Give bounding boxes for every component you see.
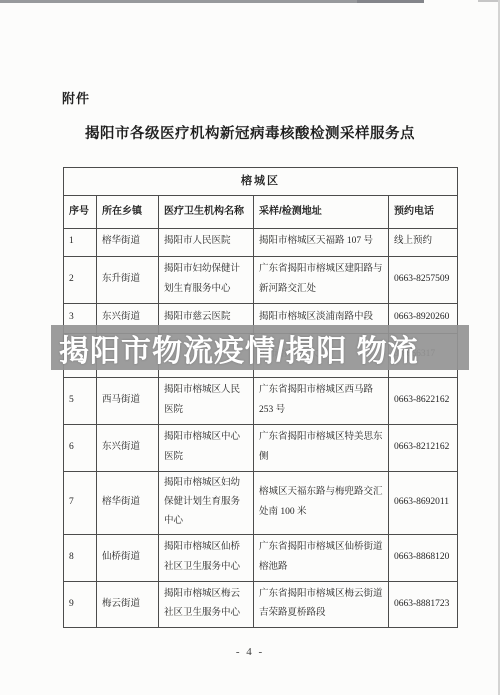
scan-artifact-top-left	[0, 0, 357, 3]
cell-seq: 7	[64, 471, 97, 534]
table-row: 9 梅云街道 揭阳市榕城区梅云社区卫生服务中心 广东省揭阳市榕城区梅云街道吉荣路…	[64, 581, 458, 627]
cell-seq: 5	[64, 377, 97, 424]
table-row: 6 东兴街道 揭阳市榕城区中心医院 广东省揭阳市榕城区特美思东侧 0663-82…	[64, 424, 458, 471]
sampling-points-table: 榕城区 序号 所在乡镇 医疗卫生机构名称 采样/检测地址 预约电话 1 榕华街道…	[63, 167, 458, 628]
col-header-phone: 预约电话	[389, 195, 458, 228]
col-header-address: 采样/检测地址	[254, 195, 389, 228]
table-row: 1 榕华街道 揭阳市人民医院 揭阳市榕城区天福路 107 号 线上预约	[64, 228, 458, 256]
table-row: 2 东升街道 揭阳市妇幼保健计划生育服务中心 广东省揭阳市榕城区建阳路与新河路交…	[64, 256, 458, 303]
cell-phone: 0663-8881723	[389, 581, 458, 627]
cell-phone: 0663-8622162	[389, 377, 458, 424]
cell-phone: 0663-8692011	[389, 471, 458, 534]
cell-seq: 2	[64, 256, 97, 303]
column-header-row: 序号 所在乡镇 医疗卫生机构名称 采样/检测地址 预约电话	[64, 195, 458, 228]
cell-institution: 揭阳市榕城区妇幼保健计划生育服务中心	[159, 471, 254, 534]
cell-institution: 揭阳市妇幼保健计划生育服务中心	[159, 256, 254, 303]
cell-township: 仙桥街道	[97, 534, 159, 581]
table-row: 8 仙桥街道 揭阳市榕城区仙桥社区卫生服务中心 广东省揭阳市榕城区仙桥街道榕池路…	[64, 534, 458, 581]
cell-address: 广东省揭阳市榕城区建阳路与新河路交汇处	[254, 256, 389, 303]
cell-seq: 8	[64, 534, 97, 581]
table-row: 7 榕华街道 揭阳市榕城区妇幼保健计划生育服务中心 榕城区天福东路与梅兜路交汇处…	[64, 471, 458, 534]
cell-address: 广东省揭阳市榕城区仙桥街道榕池路	[254, 534, 389, 581]
cell-address: 榕城区天福东路与梅兜路交汇处南 100 米	[254, 471, 389, 534]
cell-phone: 0663-8212162	[389, 424, 458, 471]
cell-seq: 1	[64, 228, 97, 256]
cell-phone: 0663-8257509	[389, 256, 458, 303]
cell-township: 西马街道	[97, 377, 159, 424]
col-header-institution: 医疗卫生机构名称	[159, 195, 254, 228]
watermark-text: 揭阳市物流疫情/揭阳 物流	[59, 326, 419, 370]
cell-institution: 揭阳市榕城区中心医院	[159, 424, 254, 471]
cell-institution: 揭阳市榕城区仙桥社区卫生服务中心	[159, 534, 254, 581]
cell-township: 东升街道	[97, 256, 159, 303]
cell-address: 揭阳市榕城区天福路 107 号	[254, 228, 389, 256]
col-header-township: 所在乡镇	[97, 195, 159, 228]
col-header-seq: 序号	[64, 195, 97, 228]
cell-address: 广东省揭阳市榕城区西马路 253 号	[254, 377, 389, 424]
scanned-document-page: 附件 揭阳市各级医疗机构新冠病毒核酸检测采样服务点 榕城区 序号 所在乡镇 医疗…	[0, 0, 500, 695]
cell-phone: 线上预约	[389, 228, 458, 256]
cell-township: 榕华街道	[97, 471, 159, 534]
region-header-row: 榕城区	[64, 168, 458, 196]
cell-township: 榕华街道	[97, 228, 159, 256]
cell-institution: 揭阳市榕城区梅云社区卫生服务中心	[159, 581, 254, 627]
cell-address: 广东省揭阳市榕城区特美思东侧	[254, 424, 389, 471]
scan-artifact-top-mid	[357, 0, 424, 3]
page-number: - 4 -	[0, 646, 500, 658]
cell-seq: 6	[64, 424, 97, 471]
cell-institution: 揭阳市榕城区人民医院	[159, 377, 254, 424]
table-row: 5 西马街道 揭阳市榕城区人民医院 广东省揭阳市榕城区西马路 253 号 066…	[64, 377, 458, 424]
cell-township: 东兴街道	[97, 424, 159, 471]
cell-institution: 揭阳市人民医院	[159, 228, 254, 256]
cell-phone: 0663-8868120	[389, 534, 458, 581]
cell-seq: 9	[64, 581, 97, 627]
cell-address: 广东省揭阳市榕城区梅云街道吉荣路夏桥路段	[254, 581, 389, 627]
document-title: 揭阳市各级医疗机构新冠病毒核酸检测采样服务点	[0, 122, 500, 143]
watermark-overlay-band: 揭阳市物流疫情/揭阳 物流	[51, 325, 469, 370]
region-header: 榕城区	[64, 168, 458, 196]
cell-township: 梅云街道	[97, 581, 159, 627]
scan-artifact-top-right	[478, 0, 500, 2]
attachment-label: 附件	[62, 88, 90, 107]
